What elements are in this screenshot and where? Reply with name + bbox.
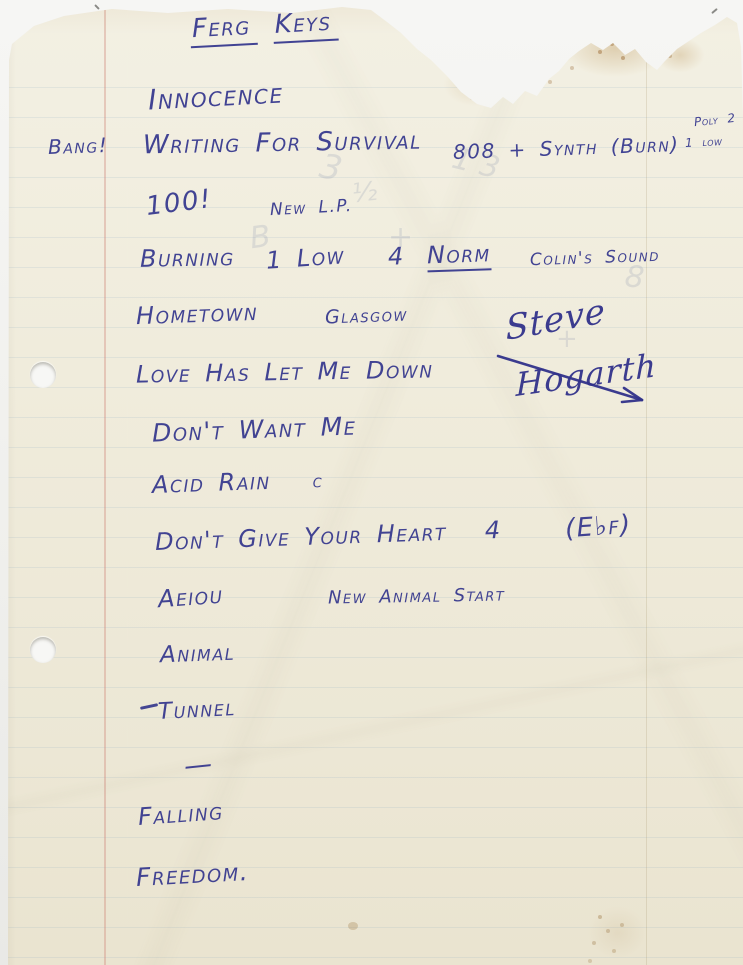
margin-note-text: Bang! [48,133,109,159]
song-note: New Animal Start [328,584,506,608]
key-signature-text: (E♭f) [564,510,633,545]
stain-patch [430,55,520,115]
song-line-innocence: Innocence [147,78,284,114]
song-line-aeiou: Aeiou [157,583,224,613]
stain-speckles [588,36,592,40]
punch-hole-bottom [30,637,56,663]
paper-surface: 3 ½ + 1 3 B 8 + FergKeys Innocence Bang!… [0,0,743,965]
song-note-new-animal-start: New Animal Start [328,586,506,608]
stain-patch [645,30,715,80]
song-line-hometown: Hometown [136,300,259,329]
song-line-animal: Animal [160,641,236,668]
stain-spot [348,922,358,930]
scanner-speck [711,8,718,14]
song-note: Glasgow [325,304,408,329]
song-title: Hometown [136,298,259,330]
page-title-word: Ferg [189,13,257,49]
stain-patch [575,895,660,965]
punch-hole-top [30,362,56,388]
song-note-glasgow: Glasgow [325,306,408,329]
song-line-falling: Falling [137,799,224,830]
song-note: c [312,471,323,492]
separator-dash-text: — [182,747,215,783]
scanner-speck [94,4,100,10]
song-note: 1 Low [265,241,346,274]
song-line-tunnel: Tunnel [157,696,236,724]
margin-note-bang: Bang! [48,135,109,158]
song-title: Aeiou [157,581,224,614]
song-note: 4 [388,242,406,271]
corner-note-text: 1 low [685,134,723,150]
key-signature-note: (E♭f) [564,512,633,544]
song-title: Animal [160,640,236,669]
song-title: Tunnel [157,695,236,725]
song-note: 4 [484,516,502,545]
paper-sheet: 3 ½ + 1 3 B 8 + FergKeys Innocence Bang!… [0,0,743,965]
signature-strike-arrow [480,290,680,430]
song-title: Love Has Let Me Down [136,355,434,388]
song-title: Writing For Survival [143,126,422,161]
song-line-love-has-let-me-down: Love Has Let Me Down [136,357,434,387]
song-title: Acid Rain [152,467,271,499]
song-title: Freedom. [135,857,250,892]
song-line-freedom: Freedom. [135,859,249,891]
separator-dash: — [183,749,215,781]
song-line-burning: Burning [140,245,235,272]
song-title: Falling [137,797,225,831]
corner-note-line2: 1 low [685,135,723,150]
song-note-4-norm: 4 Norm [388,241,492,270]
song-note-underlined: Norm [426,239,491,272]
song-note-1-low: 1 Low [265,243,346,274]
song-line-writing-for-survival: Writing For Survival [143,128,422,160]
pencil-ghost-mark: ½ [351,177,379,209]
stain-speckles [598,915,602,919]
song-title: Burning [140,243,235,273]
page-title-word: Keys [272,9,338,45]
